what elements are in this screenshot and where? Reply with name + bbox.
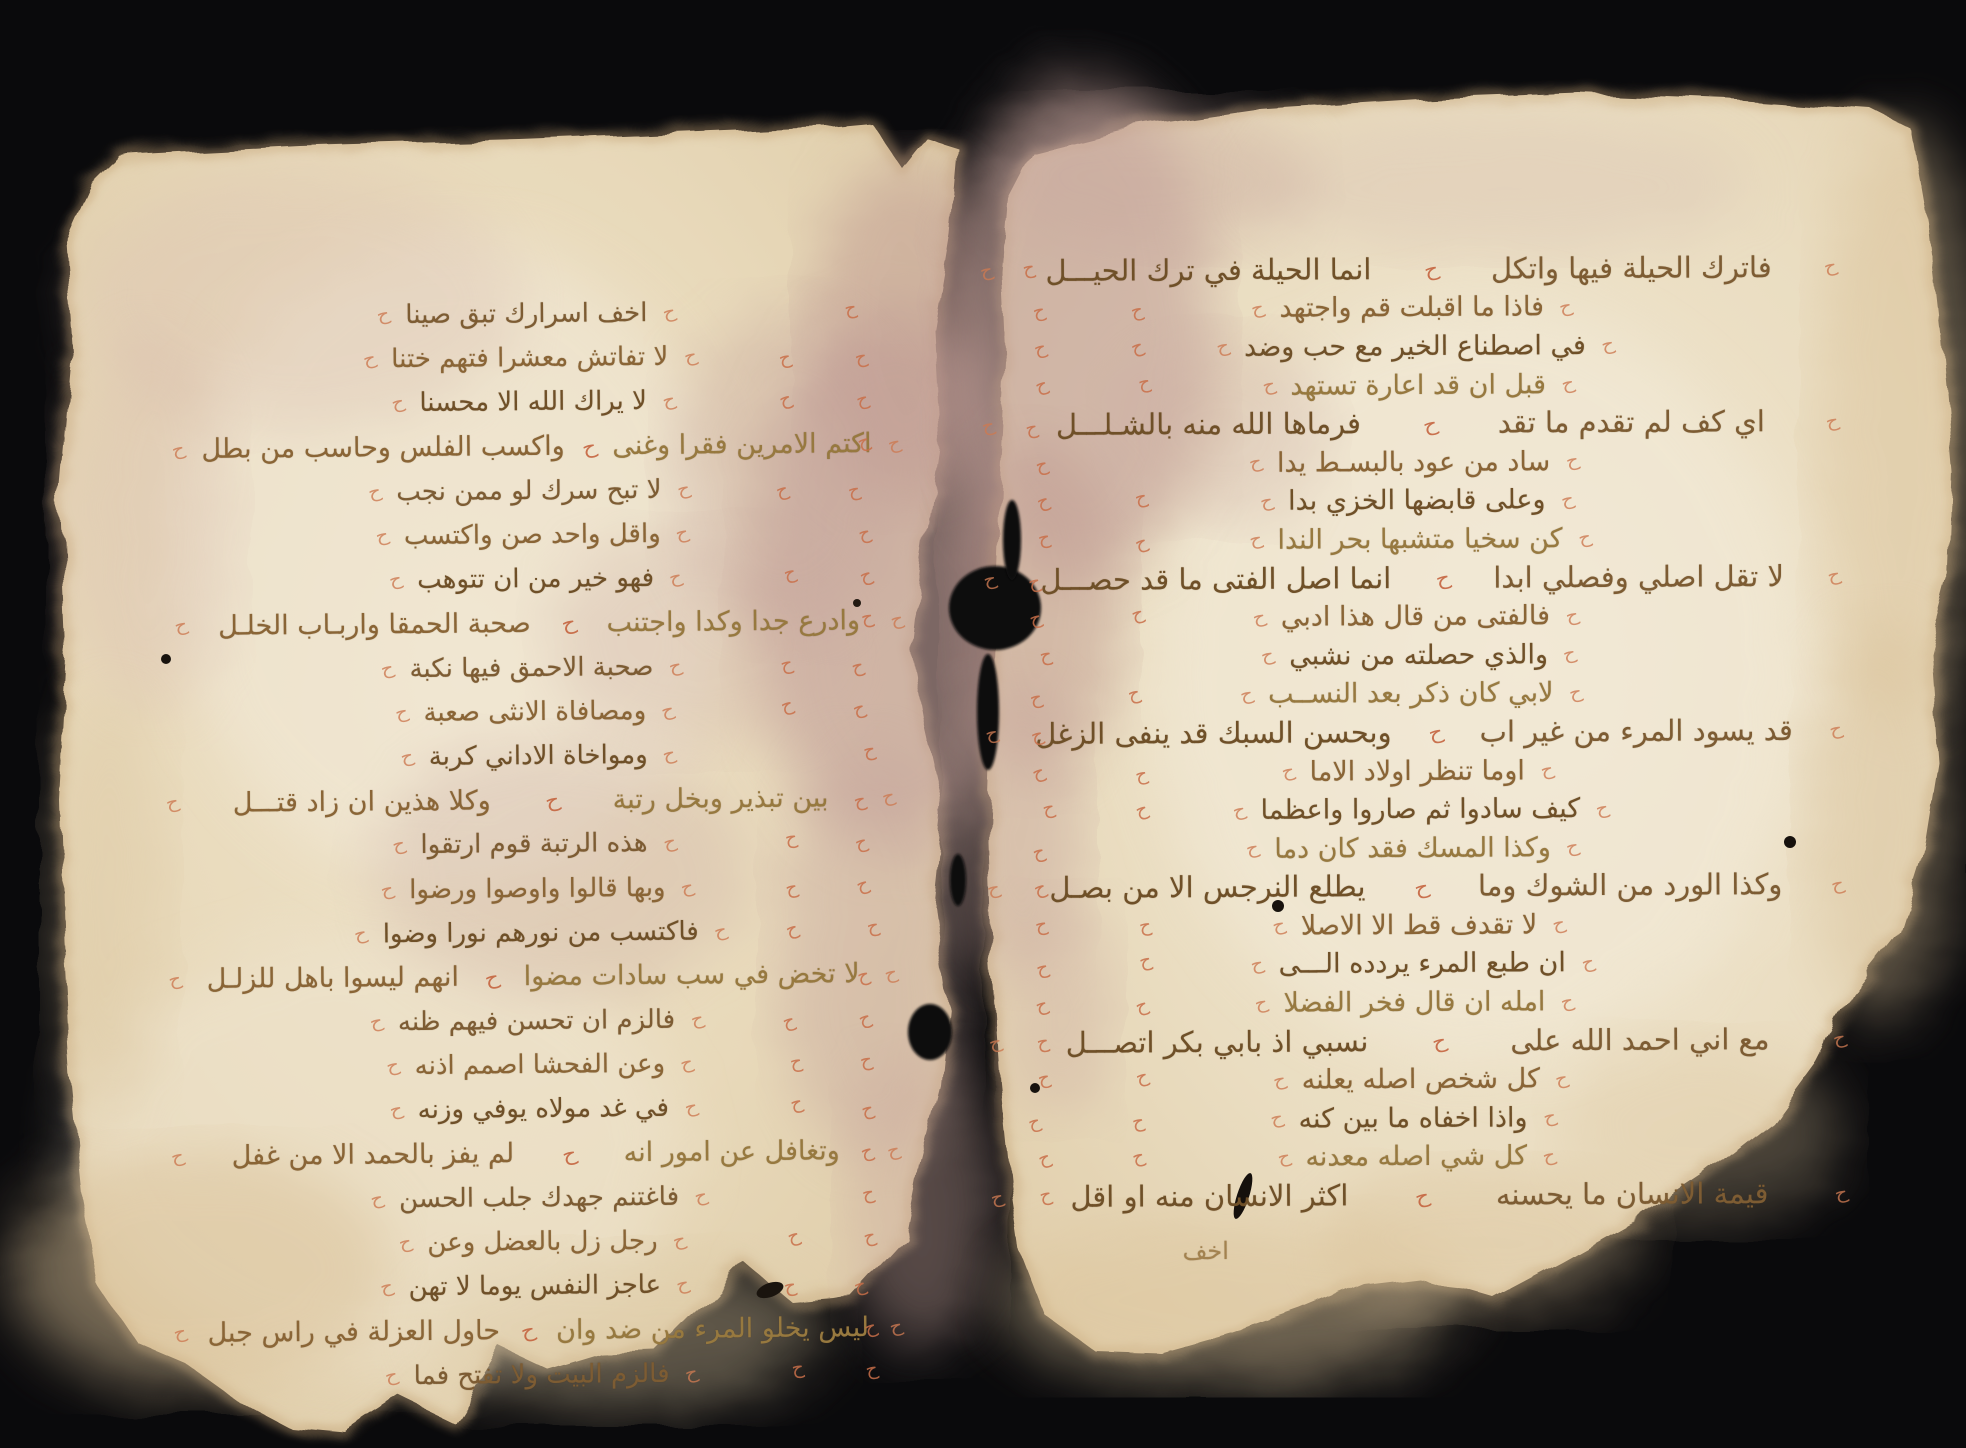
verse-divider-mark-icon: ح <box>383 1366 400 1387</box>
gutter-verse-mark-icon: ح <box>853 389 870 411</box>
hemistich-first: وبها قالوا واوصوا ورضوا <box>409 874 666 902</box>
verse-line: ح لا تخض في سب سادات مضوا ح انهم ليسوا ب… <box>169 952 897 1003</box>
verse-line: ح فالزم البيت ولا تفتح فما ح ح ح <box>177 1349 905 1400</box>
gutter-verse-mark-icon: ح <box>1133 995 1151 1017</box>
gutter-verse-mark-icon: ح <box>856 1007 874 1029</box>
gutter-verse-mark-icon: ح <box>860 1184 876 1205</box>
verse-divider-mark-icon: ح <box>985 879 1002 900</box>
gutter-verse-mark-icon: ح <box>861 741 877 762</box>
verse-line: ح ساد من عود بالبسـط يدا ح ح <box>985 441 1841 484</box>
torn-hole <box>950 854 966 906</box>
verse-divider-mark-icon: ح <box>166 970 183 991</box>
gutter-verse-mark-icon: ح <box>1126 684 1143 706</box>
verse-divider-mark-icon: ح <box>688 1009 705 1030</box>
verse-line: ح مع اني احمد الله على ح نسبي اذ بابي بك… <box>990 1020 1846 1063</box>
verse-divider-mark-icon: ح <box>1412 875 1431 898</box>
verse-line: ح كل شخص اصله يعلنه ح ح ح <box>993 1058 1849 1101</box>
verse-divider-mark-icon: ح <box>393 703 410 724</box>
hemistich-first: واذا اخفاه ما بين كنه <box>1298 1104 1527 1132</box>
hemistich-first: لا تفاتش معشرا فتهم ختنا <box>391 344 668 372</box>
gutter-verse-mark-icon: ح <box>1032 338 1049 360</box>
gutter-verse-mark-icon: ح <box>1035 1032 1050 1053</box>
hemistich-first: لا تخض في سب سادات مضوا <box>524 961 860 991</box>
hemistich-second: يطلع النرجس الا من بصـل <box>1049 873 1365 904</box>
verse-line: ح لا تبح سرك لو ممن نجب ح ح ح <box>165 466 893 517</box>
gutter-verse-mark-icon: ح <box>859 607 875 628</box>
gutter-verse-mark-icon: ح <box>1138 915 1153 936</box>
gutter-verse-mark-icon: ح <box>863 1359 879 1380</box>
hemistich-second: انهم ليسوا باهل للزلـل <box>207 964 459 993</box>
gutter-verse-mark-icon: ح <box>1031 878 1049 900</box>
verse-divider-mark-icon: ح <box>1557 297 1574 318</box>
verse-line: ح اي كف لم تقدم ما تقد ح فرماها الله منه… <box>982 402 1838 445</box>
hemistich-first: فالزم البيت ولا تفتح فما <box>414 1360 670 1388</box>
verse-line: ح اخف اسرارك تبق صينا ح ح <box>162 289 890 340</box>
gutter-verse-mark-icon: ح <box>1029 761 1047 783</box>
verse-divider-mark-icon: ح <box>885 1140 902 1161</box>
verse-divider-mark-icon: ح <box>671 1230 688 1251</box>
verse-divider-mark-icon: ح <box>379 879 396 900</box>
hemistich-first: وتغافل عن امور انه <box>624 1138 840 1167</box>
gutter-verse-mark-icon: ح <box>850 698 867 720</box>
hemistich-first: قيمة الانسان ما يحسنه <box>1496 1179 1769 1209</box>
hemistich-second: حاول العزلة في راس جبل <box>207 1317 500 1347</box>
gutter-verse-mark-icon: ح <box>776 388 794 410</box>
verse-divider-mark-icon: ح <box>1540 1146 1557 1167</box>
hemistich-first: قد يسود المرء من غير اب <box>1480 716 1793 747</box>
hemistich-first: كيف سادوا ثم صاروا واعظما <box>1261 795 1581 824</box>
right-page-text-block: ح فاترك الحيلة فيها واتكل ح انما الحيلة … <box>985 248 1846 1217</box>
hemistich-first: وادرع جدا وكدا واجتنب <box>606 607 860 636</box>
hemistich-second: انما الحيلة في ترك الحيـــل <box>1045 255 1371 286</box>
gutter-verse-mark-icon: ح <box>783 878 799 899</box>
gutter-verse-mark-icon: ح <box>1038 645 1053 666</box>
gutter-verse-mark-icon: ح <box>1021 258 1036 279</box>
verse-divider-mark-icon: ح <box>482 966 501 989</box>
verse-line: ح لا يراك الله الا محسنا ح ح ح <box>169 377 897 428</box>
torn-hole <box>908 1004 952 1060</box>
verse-line: ح فالزم ان تحسن فيهم ظنه ح ح ح <box>172 996 900 1047</box>
verse-line: ح كن سخيا متشبها بحر الندا ح ح ح <box>992 518 1848 561</box>
gutter-verse-mark-icon: ح <box>778 654 794 675</box>
verse-divider-mark-icon: ح <box>1426 721 1445 744</box>
gutter-verse-mark-icon: ح <box>783 919 801 941</box>
gutter-verse-mark-icon: ح <box>788 1092 805 1113</box>
verse-divider-mark-icon: ح <box>1260 376 1277 397</box>
verse-divider-mark-icon: ح <box>361 349 378 370</box>
gutter-verse-mark-icon: ح <box>851 790 867 811</box>
gutter-verse-mark-icon: ح <box>1028 688 1044 709</box>
hemistich-second: وكلا هذين ان زاد قتـــل <box>233 787 491 816</box>
verse-divider-mark-icon: ح <box>712 921 729 942</box>
hemistich-second: فرماها الله منه بالشـلـــل <box>1056 409 1361 440</box>
hemistich-first: كن سخيا متشبها بحر الندا <box>1277 525 1562 553</box>
hemistich-first: وعلى قابضها الخزي بدا <box>1288 487 1546 515</box>
verse-line: ح ومواخاة الاداني كربة ح ح <box>174 731 902 782</box>
verse-line: ح واذا اخفاه ما بين كنه ح ح ح <box>985 1097 1841 1140</box>
verse-line: ح واقل واحد صن واكتسب ح ح <box>168 510 896 561</box>
verse-line: ح عاجز النفس يوما لا تهن ح ح ح <box>171 1261 899 1312</box>
verse-line: ح وعن الفحشا اصمم اذنه ح ح ح <box>176 1040 904 1091</box>
verse-divider-mark-icon: ح <box>983 724 1000 745</box>
verse-divider-mark-icon: ح <box>1275 1147 1292 1168</box>
verse-divider-mark-icon: ح <box>1822 257 1839 278</box>
hemistich-first: ان طبع المرء يردده الـــى <box>1279 950 1566 979</box>
verse-divider-mark-icon: ح <box>1561 644 1578 665</box>
gutter-verse-mark-icon: ح <box>846 480 862 501</box>
left-page-text-block: ح اخف اسرارك تبق صينا ح ح ح لا تفاتش معش… <box>167 289 905 1400</box>
verse-line: ح فاكتسب من نورهم نورا وضوا ح ح ح <box>177 907 905 958</box>
verse-divider-mark-icon: ح <box>980 416 997 437</box>
gutter-verse-mark-icon: ح <box>788 1052 803 1073</box>
verse-divider-mark-icon: ح <box>1247 453 1264 474</box>
gutter-verse-mark-icon: ح <box>1036 1068 1052 1089</box>
hemistich-first: امله ان قال فخر الفضلا <box>1283 988 1545 1016</box>
stain <box>50 690 170 1110</box>
verse-divider-mark-icon: ح <box>683 1363 700 1384</box>
hemistich-first: لابي كان ذكر بعد النســب <box>1268 680 1554 708</box>
hemistich-first: رجل زل بالعضل وعن <box>427 1228 657 1256</box>
verse-divider-mark-icon: ح <box>1247 530 1264 551</box>
gutter-verse-mark-icon: ح <box>780 1010 797 1032</box>
verse-line: ح وادرع جدا وكدا واجتنب ح صحبة الحمقا وا… <box>175 598 903 649</box>
hemistich-first: فالزم ان تحسن فيهم ظنه <box>398 1007 675 1035</box>
gutter-verse-mark-icon: ح <box>852 347 868 368</box>
verse-divider-mark-icon: ح <box>1238 684 1255 705</box>
verse-divider-mark-icon: ح <box>1253 993 1270 1014</box>
verse-divider-mark-icon: ح <box>1538 760 1555 781</box>
hemistich-second: نسبي اذ بابي بكر اتصـــل <box>1066 1027 1369 1058</box>
hemistich-first: فالفتى من قال هذا ادبي <box>1281 602 1550 630</box>
verse-divider-mark-icon: ح <box>389 393 406 414</box>
hemistich-first: مع اني احمد الله على <box>1510 1025 1769 1055</box>
gutter-verse-mark-icon: ح <box>1031 301 1047 322</box>
hemistich-first: ساد من عود بالبسـط يدا <box>1277 448 1550 476</box>
verse-divider-mark-icon: ح <box>1422 258 1441 281</box>
verse-divider-mark-icon: ح <box>375 305 392 326</box>
verse-divider-mark-icon: ح <box>1258 491 1275 512</box>
verse-divider-mark-icon: ح <box>987 1033 1004 1054</box>
verse-line: ح ليس يخلو المرء من ضد وان ح حاول العزلة… <box>174 1305 902 1356</box>
verse-divider-mark-icon: ح <box>678 1054 695 1075</box>
verse-divider-mark-icon: ح <box>390 835 407 856</box>
verse-divider-mark-icon: ح <box>1541 1107 1558 1128</box>
verse-line: ح لا تقدف قط الا الاصلا ح ح ح <box>991 904 1847 947</box>
hemistich-first: قبل ان قد اعارة تستهد <box>1290 371 1546 399</box>
hemistich-first: في اصطناع الخير مع حب وضد <box>1244 332 1586 361</box>
verse-divider-mark-icon: ح <box>387 570 404 591</box>
verse-line: ح وعلى قابضها الخزي بدا ح ح ح <box>989 479 1845 522</box>
gutter-verse-mark-icon: ح <box>773 480 790 502</box>
verse-divider-mark-icon: ح <box>397 1233 414 1254</box>
verse-divider-mark-icon: ح <box>1828 720 1845 741</box>
verse-divider-mark-icon: ح <box>519 1319 538 1342</box>
gutter-verse-mark-icon: ح <box>1133 764 1149 785</box>
gutter-verse-mark-icon: ح <box>1133 799 1151 821</box>
verse-line: ح قيمة الانسان ما يحسنه ح اكثر الانسان م… <box>991 1174 1847 1217</box>
verse-line: ح وكذا الورد من الشوك وما ح يطلع النرجس … <box>988 865 1844 908</box>
verse-divider-mark-icon: ح <box>667 656 684 677</box>
verse-divider-mark-icon: ح <box>1420 412 1439 435</box>
verse-line: ح ان طبع المرء يردده الـــى ح ح ح <box>994 942 1850 985</box>
hemistich-second: اكثر الانسان منه او اقل <box>1070 1181 1348 1211</box>
hemistich-first: اوما تنظر اولاد الاما <box>1310 757 1525 785</box>
verse-divider-mark-icon: ح <box>352 924 369 945</box>
hemistich-first: فاذا ما اقبلت قم واجتهد <box>1279 294 1544 322</box>
verse-divider-mark-icon: ح <box>172 1323 189 1344</box>
verse-divider-mark-icon: ح <box>1250 607 1267 628</box>
verse-divider-mark-icon: ح <box>1563 451 1580 472</box>
verse-divider-mark-icon: ح <box>1244 839 1261 860</box>
hemistich-first: لا تقدف قط الا الاصلا <box>1301 911 1538 939</box>
verse-divider-mark-icon: ح <box>1599 335 1616 356</box>
gutter-verse-mark-icon: ح <box>778 695 795 717</box>
gutter-verse-mark-icon: ح <box>1026 1112 1043 1134</box>
verse-divider-mark-icon: ح <box>661 303 678 324</box>
gutter-verse-mark-icon: ح <box>1033 915 1049 936</box>
verse-line: ح كيف سادوا ثم صاروا واعظما ح ح ح <box>992 788 1848 831</box>
gutter-verse-mark-icon: ح <box>1132 532 1150 554</box>
hemistich-first: لا تقل اصلي وفصلي ابدا <box>1493 562 1784 593</box>
verse-divider-mark-icon: ح <box>692 1186 709 1207</box>
hemistich-second: واكسب الفلس وحاسب من بطل <box>201 433 565 463</box>
verse-divider-mark-icon: ح <box>1271 1070 1288 1091</box>
gutter-verse-mark-icon: ح <box>1130 1147 1147 1169</box>
verse-line: ح اوما تنظر اولاد الاما ح ح ح <box>989 749 1845 792</box>
verse-divider-mark-icon: ح <box>1579 953 1596 974</box>
verse-divider-mark-icon: ح <box>1230 800 1247 821</box>
verse-divider-mark-icon: ح <box>978 261 995 282</box>
hemistich-first: في غد مولاه يوفي وزنه <box>418 1095 669 1123</box>
verse-divider-mark-icon: ح <box>1559 490 1576 511</box>
hemistich-first: فاكتسب من نورهم نورا وضوا <box>383 918 699 947</box>
verse-line: ح فاغتنم جهدك جلب الحسن ح ح <box>175 1173 903 1224</box>
verse-divider-mark-icon: ح <box>1413 1184 1432 1207</box>
gutter-verse-mark-icon: ح <box>783 828 798 849</box>
verse-divider-mark-icon: ح <box>1268 1109 1285 1130</box>
verse-divider-mark-icon: ح <box>1826 566 1843 587</box>
verse-line: ح والذي حصلته من نشبي ح ح <box>991 634 1847 677</box>
verse-divider-mark-icon: ح <box>542 789 561 812</box>
verse-divider-mark-icon: ح <box>1563 605 1580 626</box>
hemistich-first: ومواخاة الاداني كربة <box>429 742 648 770</box>
verse-divider-mark-icon: ح <box>1279 761 1296 782</box>
verse-divider-mark-icon: ح <box>674 1275 691 1296</box>
verse-divider-mark-icon: ح <box>1430 1030 1449 1053</box>
verse-line: ح قد يسود المرء من غير اب ح وبحسن السبك … <box>986 711 1842 754</box>
verse-divider-mark-icon: ح <box>369 1189 386 1210</box>
verse-divider-mark-icon: ح <box>1559 374 1576 395</box>
verse-line: ح لابي كان ذكر بعد النســب ح ح ح <box>983 672 1839 715</box>
verse-line: ح لا تفاتش معشرا فتهم ختنا ح ح ح <box>166 333 894 384</box>
hemistich-second: صحبة الحمقا واربـاب الخلـل <box>218 610 531 640</box>
gutter-verse-mark-icon: ح <box>1035 1148 1053 1170</box>
hemistich-first: عاجز النفس يوما لا تهن <box>408 1272 661 1300</box>
verse-divider-mark-icon: ح <box>172 616 189 637</box>
gutter-verse-mark-icon: ح <box>858 1050 874 1071</box>
verse-line: ح اكتم الامرين فقرا وغنى ح واكسب الفلس و… <box>172 421 900 472</box>
hemistich-first: وعن الفحشا اصمم اذنه <box>415 1051 666 1079</box>
verse-divider-mark-icon: ح <box>398 747 415 768</box>
verse-divider-mark-icon: ح <box>682 347 699 368</box>
verse-divider-mark-icon: ح <box>682 1098 699 1119</box>
gutter-verse-mark-icon: ح <box>1129 603 1146 625</box>
verse-line: ح رجل زل بالعضل وعن ح ح ح <box>178 1217 906 1268</box>
hemistich-first: لا تبح سرك لو ممن نجب <box>396 477 661 505</box>
hemistich-first: صحبة الاحمق فيها نكبة <box>409 654 653 682</box>
verse-line: ح وتغافل عن امور انه ح لم يفز بالحمد الا… <box>172 1128 900 1179</box>
verse-line: ح هذه الرتبة قوم ارتقوا ح ح ح <box>170 819 898 870</box>
verse-line: ح بين تبذير وبخل رتبة ح وكلا هذين ان زاد… <box>166 775 894 826</box>
verse-divider-mark-icon: ح <box>559 1142 578 1165</box>
verse-divider-mark-icon: ح <box>379 659 396 680</box>
verse-divider-mark-icon: ح <box>1824 411 1841 432</box>
verse-line: ح ومصافاة الانثى صعبة ح ح ح <box>171 687 899 738</box>
verse-divider-mark-icon: ح <box>883 963 900 984</box>
gutter-verse-mark-icon: ح <box>1027 608 1044 630</box>
hemistich-first: فهو خير من ان تتوهب <box>417 565 654 593</box>
verse-divider-mark-icon: ح <box>378 1277 395 1298</box>
gutter-verse-mark-icon: ح <box>861 1225 877 1246</box>
gutter-verse-mark-icon: ح <box>857 564 875 586</box>
hemistich-first: كل شي اصله معدنه <box>1305 1143 1527 1171</box>
verse-divider-mark-icon: ح <box>888 1317 905 1338</box>
gutter-verse-mark-icon: ح <box>853 874 871 896</box>
gutter-verse-mark-icon: ح <box>782 1276 798 1297</box>
gutter-verse-mark-icon: ح <box>842 298 858 319</box>
gutter-verse-mark-icon: ح <box>865 916 881 937</box>
verse-divider-mark-icon: ح <box>368 1012 385 1033</box>
gutter-verse-mark-icon: ح <box>859 1099 876 1120</box>
gutter-verse-mark-icon: ح <box>1133 488 1150 509</box>
gutter-verse-mark-icon: ح <box>1034 958 1051 979</box>
gutter-verse-mark-icon: ح <box>1130 1111 1145 1132</box>
hemistich-second: لم يفز بالحمد الا من غفل <box>232 1140 515 1169</box>
verse-divider-mark-icon: ح <box>384 1056 401 1077</box>
gutter-verse-mark-icon: ح <box>1036 528 1052 549</box>
verse-divider-mark-icon: ح <box>1567 683 1584 704</box>
verse-line: ح وكذا المسك فقد كان دما ح ح <box>985 827 1841 870</box>
verse-line: ح فاذا ما اقبلت قم واجتهد ح ح ح <box>984 286 1840 329</box>
gutter-verse-mark-icon: ح <box>1024 418 1040 439</box>
verse-divider-mark-icon: ح <box>169 1146 186 1167</box>
verse-divider-mark-icon: ح <box>1564 837 1581 858</box>
hemistich-first: والذي حصلته من نشبي <box>1289 641 1548 669</box>
verse-divider-mark-icon: ح <box>579 435 598 458</box>
verse-divider-mark-icon: ح <box>675 479 692 500</box>
hemistich-second: وبحسن السبك قد ينفى الزغل <box>1035 718 1391 749</box>
verse-line: ح امله ان قال فخر الفضلا ح ح ح <box>986 981 1842 1024</box>
verse-divider-mark-icon: ح <box>1214 337 1231 358</box>
verse-divider-mark-icon: ح <box>1259 646 1276 667</box>
hemistich-first: بين تبذير وبخل رتبة <box>613 784 829 813</box>
verse-line: ح في اصطناع الخير مع حب وضد ح ح ح <box>987 325 1843 368</box>
hemistich-first: فاغتنم جهدك جلب الحسن <box>399 1184 679 1212</box>
verse-divider-mark-icon: ح <box>1248 954 1265 975</box>
gutter-verse-mark-icon: ح <box>1129 301 1145 322</box>
gutter-verse-mark-icon: ح <box>1133 1066 1150 1088</box>
verse-divider-mark-icon: ح <box>659 700 676 721</box>
gutter-verse-mark-icon: ح <box>781 562 798 583</box>
verse-divider-mark-icon: ح <box>661 833 678 854</box>
verse-line: ح فهو خير من ان تتوهب ح ح ح <box>172 554 900 605</box>
verse-line: ح فاترك الحيلة فيها واتكل ح انما الحيلة … <box>980 248 1836 291</box>
gutter-verse-mark-icon: ح <box>1041 798 1057 819</box>
verse-line: ح لا تقل اصلي وفصلي ابدا ح انما اصل الفت… <box>984 557 1840 600</box>
gutter-verse-mark-icon: ح <box>1128 336 1146 358</box>
verse-divider-mark-icon: ح <box>981 570 998 591</box>
verse-divider-mark-icon: ح <box>1249 298 1266 319</box>
verse-divider-mark-icon: ح <box>1553 1069 1570 1090</box>
hemistich-first: اكتم الامرين فقرا وغنى <box>612 430 872 459</box>
gutter-verse-mark-icon: ح <box>858 1141 875 1163</box>
stain <box>1250 115 1750 255</box>
verse-line: ح في غد مولاه يوفي وزنه ح ح ح <box>179 1084 907 1135</box>
verse-divider-mark-icon: ح <box>366 482 383 503</box>
verse-line: ح كل شي اصله معدنه ح ح ح <box>988 1135 1844 1178</box>
verse-line: ح فالفتى من قال هذا ادبي ح ح ح <box>987 595 1843 638</box>
verse-divider-mark-icon: ح <box>1551 914 1568 935</box>
verse-divider-mark-icon: ح <box>559 612 578 635</box>
verse-divider-mark-icon: ح <box>374 526 391 547</box>
verse-divider-mark-icon: ح <box>1270 916 1287 937</box>
hemistich-first: وكذا الورد من الشوك وما <box>1478 870 1783 901</box>
verse-divider-mark-icon: ح <box>1593 798 1610 819</box>
hemistich-first: وكذا المسك فقد كان دما <box>1274 834 1551 862</box>
hemistich-first: اي كف لم تقدم ما تقد <box>1498 407 1765 437</box>
gutter-verse-mark-icon: ح <box>1137 951 1154 972</box>
hemistich-first: لا يراك الله الا محسنا <box>419 388 647 416</box>
verse-divider-mark-icon: ح <box>1829 874 1846 895</box>
verse-divider-mark-icon: ح <box>667 568 684 589</box>
verse-divider-mark-icon: ح <box>1559 991 1576 1012</box>
gutter-verse-mark-icon: ح <box>849 656 866 677</box>
gutter-verse-mark-icon: ح <box>856 522 873 544</box>
hemistich-first: هذه الرتبة قوم ارتقوا <box>420 830 647 858</box>
verse-divider-mark-icon: ح <box>387 1100 404 1121</box>
verse-line: ح وبها قالوا واوصوا ورضوا ح ح ح <box>173 863 901 914</box>
verse-divider-mark-icon: ح <box>989 1187 1006 1208</box>
hemistich-first: فاترك الحيلة فيها واتكل <box>1491 253 1772 283</box>
gutter-verse-mark-icon: ح <box>1032 374 1050 396</box>
verse-divider-mark-icon: ح <box>679 877 696 898</box>
gutter-verse-mark-icon: ح <box>1038 1185 1054 1206</box>
verse-divider-mark-icon: ح <box>164 793 181 814</box>
manuscript-photo-page: { "colors": { "background": "#0a0a0c", "… <box>0 0 1966 1448</box>
verse-divider-mark-icon: ح <box>1576 528 1593 549</box>
verse-divider-mark-icon: ح <box>674 523 691 544</box>
gutter-verse-mark-icon: ح <box>785 1225 802 1247</box>
verse-line: ح قبل ان قد اعارة تستهد ح ح ح <box>990 364 1846 407</box>
gutter-verse-mark-icon: ح <box>851 1275 868 1297</box>
verse-divider-mark-icon: ح <box>170 439 187 460</box>
hemistich-first: اخف اسرارك تبق صينا <box>405 300 647 328</box>
gutter-verse-mark-icon: ح <box>1030 841 1047 863</box>
gutter-verse-mark-icon: ح <box>852 832 869 854</box>
gutter-verse-mark-icon: ح <box>1033 454 1050 476</box>
hemistich-second: انما اصل الفتى ما قد حصـــل <box>1040 564 1391 595</box>
catchword: اخف <box>1141 1237 1271 1266</box>
verse-divider-mark-icon: ح <box>880 787 897 808</box>
gutter-verse-mark-icon: ح <box>1034 491 1052 513</box>
gutter-verse-mark-icon: ح <box>1033 995 1050 1017</box>
hemistich-first: واقل واحد صن واكتسب <box>404 521 661 549</box>
gutter-verse-mark-icon: ح <box>790 1358 805 1379</box>
hemistich-first: ليس يخلو المرء من ضد وان <box>556 1314 869 1344</box>
hemistich-first: ومصافاة الانثى صعبة <box>423 698 646 726</box>
verse-divider-mark-icon: ح <box>661 744 678 765</box>
verse-divider-mark-icon: ح <box>660 391 677 412</box>
